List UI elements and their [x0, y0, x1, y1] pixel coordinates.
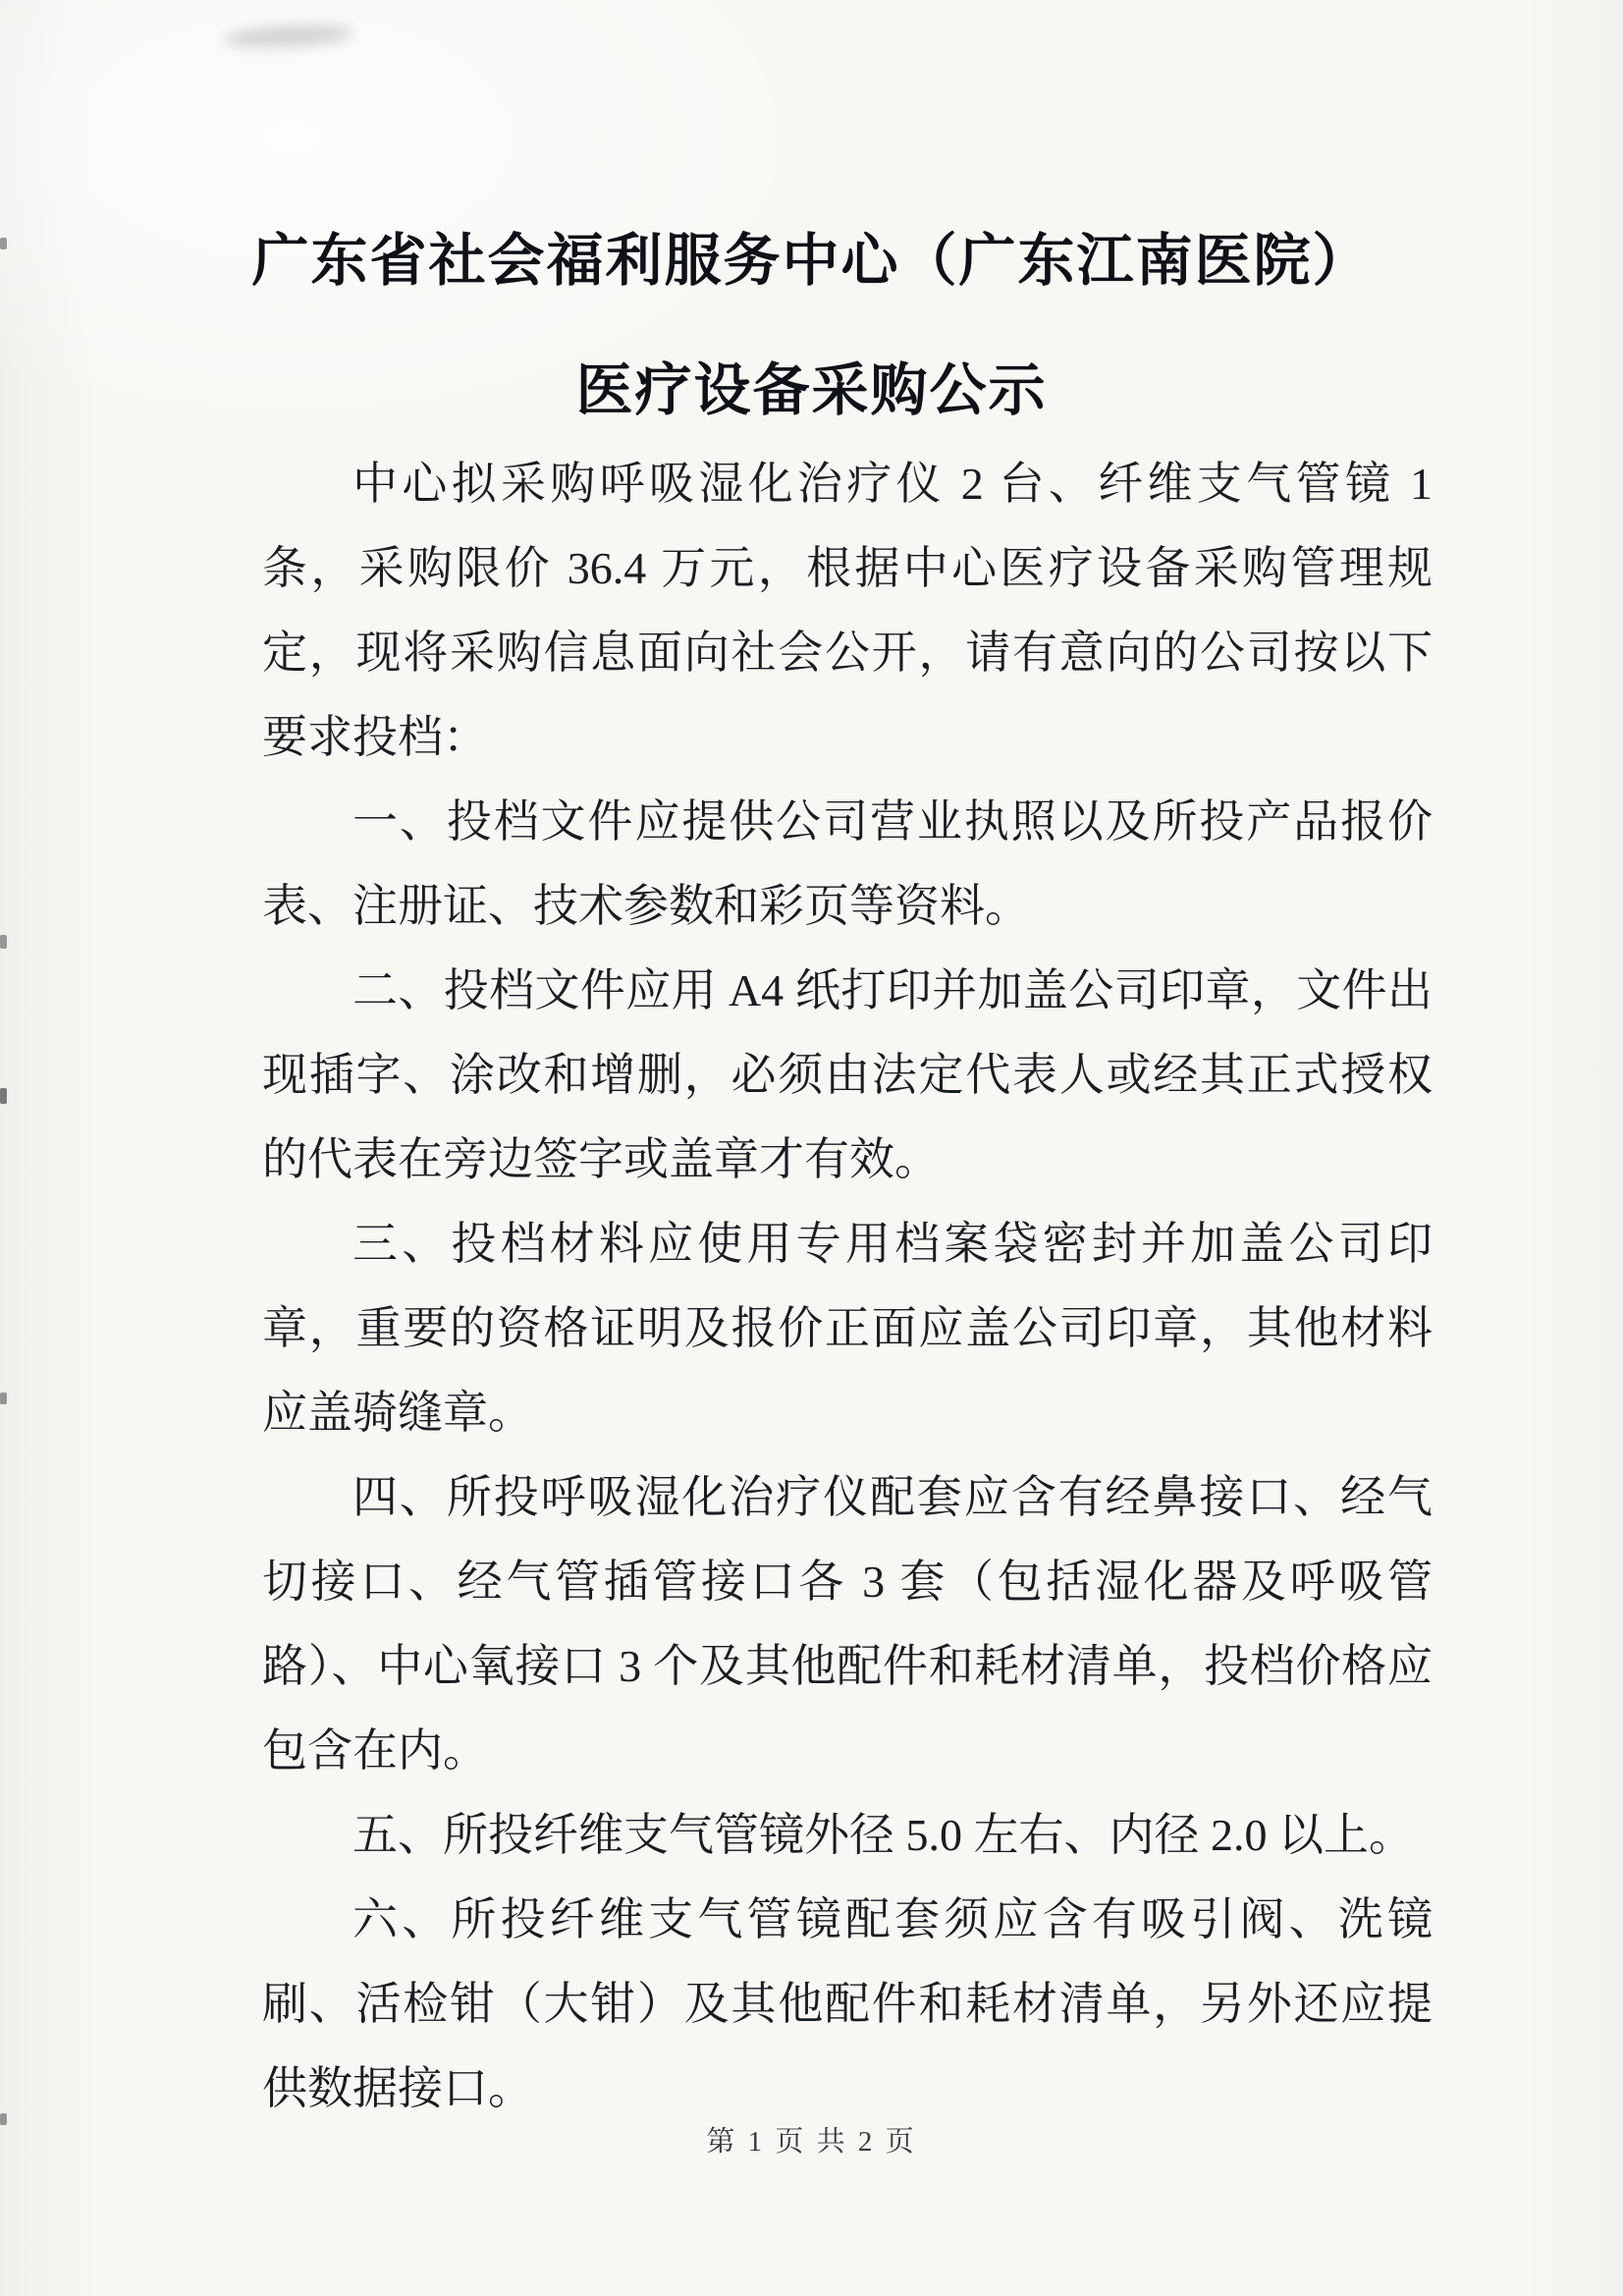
scanned-document-page: 广东省社会福利服务中心（广东江南医院） 医疗设备采购公示 中心拟采购呼吸湿化治疗… [0, 0, 1623, 2296]
document-title-line2: 医疗设备采购公示 [0, 344, 1623, 426]
item-3-paragraph: 三、投档材料应使用专用档案袋密封并加盖公司印章，重要的资格证明及报价正面应盖公司… [262, 1202, 1433, 1455]
document-body: 中心拟采购呼吸湿化治疗仪 2 台、纤维支气管镜 1 条，采购限价 36.4 万元… [262, 442, 1433, 2131]
scan-speck [0, 1393, 7, 1404]
scan-speck [0, 935, 7, 949]
scan-speck [0, 1088, 7, 1104]
page-number: 第 1 页 共 2 页 [0, 2119, 1623, 2159]
item-6-paragraph: 六、所投纤维支气管镜配套须应含有吸引阀、洗镜刷、活检钳（大钳）及其他配件和耗材清… [262, 1878, 1433, 2131]
item-5-paragraph: 五、所投纤维支气管镜外径 5.0 左右、内径 2.0 以上。 [262, 1793, 1433, 1878]
document-title-line1: 广东省社会福利服务中心（广东江南医院） [0, 214, 1623, 297]
item-1-paragraph: 一、投档文件应提供公司营业执照以及所投产品报价表、注册证、技术参数和彩页等资料。 [262, 780, 1433, 949]
scan-smudge [224, 23, 354, 51]
item-4-paragraph: 四、所投呼吸湿化治疗仪配套应含有经鼻接口、经气切接口、经气管插管接口各 3 套（… [262, 1455, 1433, 1793]
intro-paragraph: 中心拟采购呼吸湿化治疗仪 2 台、纤维支气管镜 1 条，采购限价 36.4 万元… [262, 442, 1433, 780]
item-2-paragraph: 二、投档文件应用 A4 纸打印并加盖公司印章，文件出现插字、涂改和增删，必须由法… [262, 949, 1433, 1202]
